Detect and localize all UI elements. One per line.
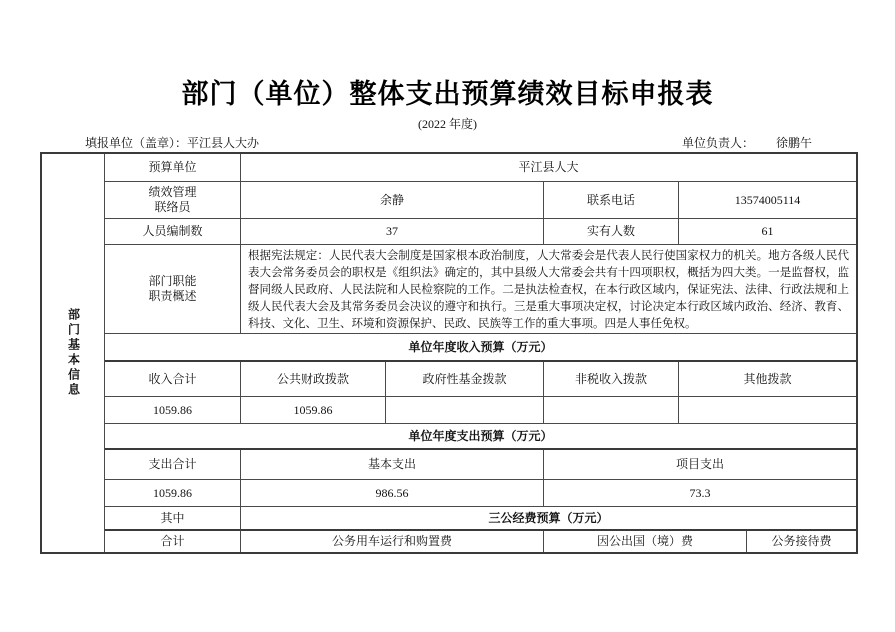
form-title: 部门（单位）整体支出预算绩效目标申报表 <box>0 72 895 111</box>
income-header-gov-fund: 政府性基金拨款 <box>386 362 544 397</box>
staff-quota-label: 人员编制数 <box>105 219 241 245</box>
form-year: (2022 年度) <box>0 115 895 132</box>
three-public-among-label: 其中 <box>105 507 241 531</box>
three-public-header-vehicle: 公务用车运行和购置费 <box>241 531 544 552</box>
phone-value: 13574005114 <box>679 182 856 219</box>
declaration-table: 部门基本信息 预算单位 平江县人大 绩效管理 联络员 余静 联系电话 13574… <box>40 152 858 554</box>
three-public-total-label: 合计 <box>105 531 241 552</box>
staff-actual-label: 实有人数 <box>544 219 679 245</box>
income-header-total: 收入合计 <box>105 362 241 397</box>
leader-group: 单位负责人：徐鹏午 <box>682 134 812 151</box>
phone-label: 联系电话 <box>544 182 679 219</box>
meta-row: 填报单位（盖章）：平江县人大办 单位负责人：徐鹏午 <box>0 134 895 152</box>
duty-text: 根据宪法规定：人民代表大会制度是国家根本政治制度，人大常委会是代表人民行使国家权… <box>241 245 856 334</box>
leader-name: 徐鹏午 <box>776 136 812 150</box>
perf-contact-value: 余静 <box>241 182 544 219</box>
fill-unit-text: 填报单位（盖章）：平江县人大办 <box>85 134 259 151</box>
three-public-header-reception: 公务接待费 <box>747 531 856 552</box>
income-header-other: 其他拨款 <box>679 362 856 397</box>
perf-contact-label: 绩效管理 联络员 <box>105 182 241 219</box>
income-section-title: 单位年度收入预算（万元） <box>105 334 856 362</box>
income-header-nontax: 非税收入拨款 <box>544 362 679 397</box>
income-value-nontax <box>544 397 679 424</box>
expense-value-project: 73.3 <box>544 480 856 507</box>
expense-section-title: 单位年度支出预算（万元） <box>105 424 856 450</box>
document-page: 部门（单位）整体支出预算绩效目标申报表 (2022 年度) 填报单位（盖章）：平… <box>0 0 895 632</box>
staff-quota-value: 37 <box>241 219 544 245</box>
three-public-header-abroad: 因公出国（境）费 <box>544 531 747 552</box>
duty-label: 部门职能 职责概述 <box>105 245 241 334</box>
budget-unit-label: 预算单位 <box>105 154 241 182</box>
income-value-gov-fund <box>386 397 544 424</box>
expense-value-basic: 986.56 <box>241 480 544 507</box>
staff-actual-value: 61 <box>679 219 856 245</box>
expense-header-basic: 基本支出 <box>241 450 544 480</box>
expense-header-total: 支出合计 <box>105 450 241 480</box>
income-value-total: 1059.86 <box>105 397 241 424</box>
section-side-label: 部门基本信息 <box>42 154 105 552</box>
three-public-section-title: 三公经费预算（万元） <box>241 507 856 531</box>
income-value-other <box>679 397 856 424</box>
leader-label: 单位负责人： <box>682 136 754 150</box>
expense-header-project: 项目支出 <box>544 450 856 480</box>
expense-value-total: 1059.86 <box>105 480 241 507</box>
income-header-public-finance: 公共财政拨款 <box>241 362 386 397</box>
budget-unit-value: 平江县人大 <box>241 154 856 182</box>
income-value-public-finance: 1059.86 <box>241 397 386 424</box>
